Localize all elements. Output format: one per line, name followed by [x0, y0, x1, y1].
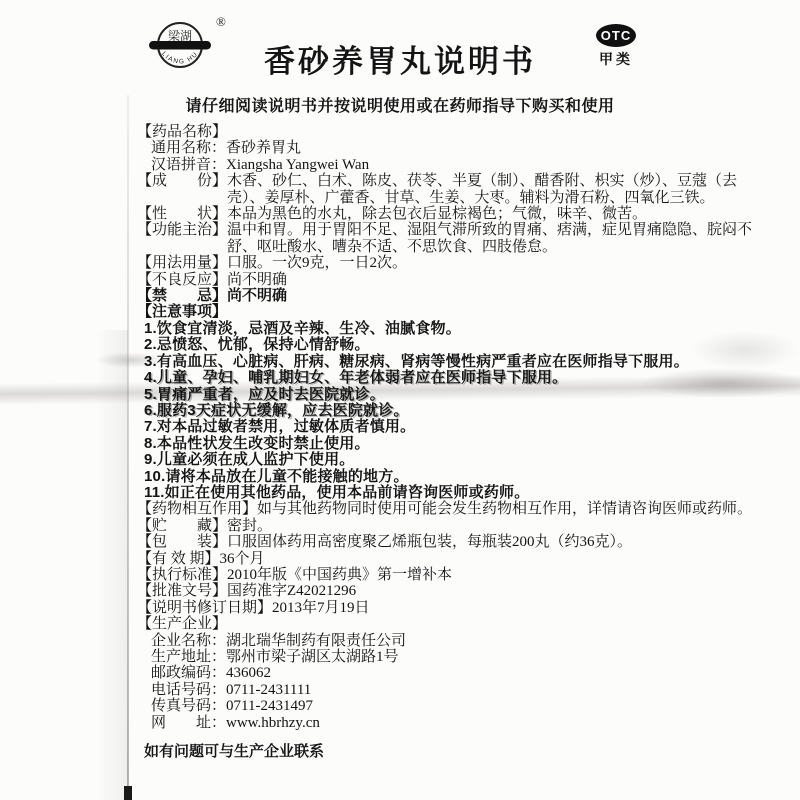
precaution-item: 6.服药3天症状无缓解，应去医院就诊。 [144, 403, 759, 419]
precaution-item: 5.胃痛严重者，应及时去医院就诊。 [144, 387, 759, 403]
section-manufacturer: 【生产企业】 [137, 616, 759, 632]
section-label: 【功能主治】 [137, 222, 227, 255]
section-approval-number: 【批准文号】 国药准字Z42021296 [137, 583, 759, 599]
otc-mark: OTC 甲类 [594, 24, 638, 69]
section-text: 36个月 [220, 551, 759, 567]
section-label: 【包 装】 [137, 534, 227, 550]
section-text: 尚不明确 [227, 288, 759, 304]
otc-class-label: 甲类 [594, 49, 638, 69]
section-label: 【药物相互作用】 [137, 501, 257, 517]
manufacturer-phone-line: 电话号码：0711-2431111 [151, 682, 759, 698]
section-drug-name: 【药品名称】 [137, 124, 759, 140]
section-label: 【贮 藏】 [137, 518, 227, 534]
section-text: 2010年版《中国药典》第一增补本 [227, 567, 759, 583]
section-text: 温中和胃。用于胃阳不足、湿阻气滞所致的胃痛、痞满，症见胃痛隐隐、脘闷不舒、呕吐酸… [227, 222, 759, 255]
otc-badge-icon: OTC [596, 24, 636, 47]
section-label: 【生产企业】 [137, 616, 227, 632]
section-revision-date: 【说明书修订日期】 2013年7月19日 [137, 600, 759, 616]
section-label: 【成 份】 [137, 173, 227, 206]
precaution-item: 11.如正在使用其他药品，使用本品前请咨询医师或药师。 [144, 485, 759, 501]
precaution-item: 1.饮食宜清淡，忌酒及辛辣、生冷、油腻食物。 [144, 321, 759, 337]
manufacturer-address-line: 生产地址：鄂州市梁子湖区太湖路1号 [151, 649, 759, 665]
page-fold-shading [96, 330, 128, 800]
section-storage: 【贮 藏】 密封。 [137, 518, 759, 534]
section-label: 【说明书修订日期】 [137, 600, 272, 616]
section-package: 【包 装】 口服固体药用高密度聚乙烯瓶包装，每瓶装200丸（约36克）。 [137, 534, 759, 550]
section-drug-interaction: 【药物相互作用】 如与其他药物同时使用可能会发生药物相互作用，详情请咨询医师或药… [137, 501, 759, 517]
precaution-item: 10.请将本品放在儿童不能接触的地方。 [144, 469, 759, 485]
section-contraindications: 【禁 忌】 尚不明确 [137, 288, 759, 304]
section-standard: 【执行标准】 2010年版《中国药典》第一增补本 [137, 567, 759, 583]
usage-warning-subtitle: 请仔细阅读说明书并按说明使用或在药师指导下购买和使用 [0, 93, 800, 116]
page-fold-mark [124, 786, 132, 800]
manufacturer-company-line: 企业名称：湖北瑞华制药有限责任公司 [151, 633, 759, 649]
section-text: 国药准字Z42021296 [227, 583, 759, 599]
pinyin-name-line: 汉语拼音：Xiangsha Yangwei Wan [151, 157, 759, 173]
section-label: 【有 效 期】 [137, 551, 220, 567]
precaution-item: 9.儿童必须在成人监护下使用。 [144, 452, 759, 468]
section-text: 木香、砂仁、白术、陈皮、茯苓、半夏（制）、醋香附、枳实（炒）、豆蔻（去壳）、姜厚… [227, 173, 759, 206]
section-ingredients: 【成 份】 木香、砂仁、白术、陈皮、茯苓、半夏（制）、醋香附、枳实（炒）、豆蔻（… [137, 173, 759, 206]
section-text: 尚不明确 [227, 272, 759, 288]
generic-name-line: 通用名称：香砂养胃丸 [151, 140, 759, 156]
precaution-item: 3.有高血压、心脏病、肝病、糖尿病、肾病等慢性病严重者应在医师指导下服用。 [144, 354, 759, 370]
manufacturer-website-line: 网 址：www.hbrhzy.cn [151, 715, 759, 731]
section-text: 口服固体药用高密度聚乙烯瓶包装，每瓶装200丸（约36克）。 [227, 534, 759, 550]
section-text: 口服。一次9克，一日2次。 [227, 255, 759, 271]
section-indications: 【功能主治】 温中和胃。用于胃阳不足、湿阻气滞所致的胃痛、痞满，症见胃痛隐隐、脘… [137, 222, 759, 255]
precaution-item: 7.对本品过敏者禁用，过敏体质者慎用。 [144, 419, 759, 435]
precaution-item: 2.忌愤怒、忧郁，保持心情舒畅。 [144, 337, 759, 353]
leaflet-body: 【药品名称】 通用名称：香砂养胃丸 汉语拼音：Xiangsha Yangwei … [137, 124, 759, 760]
contact-note: 如有问题可与生产企业联系 [144, 744, 759, 760]
section-text: 密封。 [227, 518, 759, 534]
section-dosage: 【用法用量】 口服。一次9克，一日2次。 [137, 255, 759, 271]
precaution-item: 8.本品性状发生改变时禁止使用。 [144, 436, 759, 452]
manufacturer-postcode-line: 邮政编码：436062 [151, 665, 759, 681]
section-text: 2013年7月19日 [272, 600, 759, 616]
section-label: 【注意事项】 [137, 304, 227, 320]
section-text: 本品为黑色的水丸，除去包衣后显棕褐色；气微，味辛、微苦。 [227, 206, 759, 222]
section-precautions: 【注意事项】 [137, 304, 759, 320]
section-adverse-reactions: 【不良反应】 尚不明确 [137, 272, 759, 288]
section-properties: 【性 状】 本品为黑色的水丸，除去包衣后显棕褐色；气微，味辛、微苦。 [137, 206, 759, 222]
leaflet-page: 梁湖 LIANG HU ® 香砂养胃丸说明书 OTC 甲类 请仔细阅读说明书并按… [0, 0, 800, 800]
precaution-item: 4.儿童、孕妇、哺乳期妇女、年老体弱者应在医师指导下服用。 [144, 370, 759, 386]
page-fold-line [127, 95, 129, 800]
section-label: 【药品名称】 [137, 124, 227, 140]
section-label: 【不良反应】 [137, 272, 227, 288]
section-label: 【用法用量】 [137, 255, 227, 271]
section-label: 【批准文号】 [137, 583, 227, 599]
registered-trademark-icon: ® [216, 14, 226, 29]
manufacturer-fax-line: 传真号码：0711-2431497 [151, 698, 759, 714]
section-validity: 【有 效 期】 36个月 [137, 551, 759, 567]
section-label: 【执行标准】 [137, 567, 227, 583]
section-label: 【禁 忌】 [137, 288, 227, 304]
section-label: 【性 状】 [137, 206, 227, 222]
section-text: 如与其他药物同时使用可能会发生药物相互作用，详情请咨询医师或药师。 [257, 501, 759, 517]
page-title: 香砂养胃丸说明书 [0, 36, 800, 81]
